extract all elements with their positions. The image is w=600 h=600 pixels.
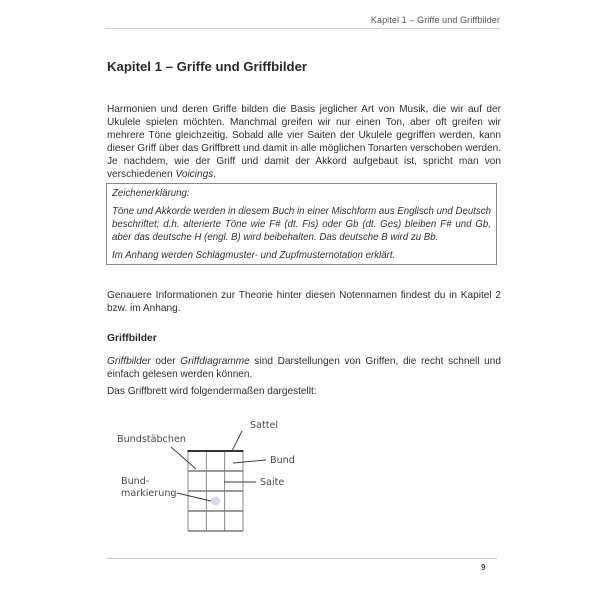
string-label: Saite	[260, 477, 284, 488]
nut-leader-line	[232, 431, 242, 451]
fret-wire-label: Bundstäbchen	[117, 434, 186, 445]
connector-text: oder	[151, 356, 180, 367]
section-title-griffbilder: Griffbilder	[107, 333, 157, 344]
fret-wire-leader-line	[171, 447, 196, 469]
marker-leader-line	[177, 493, 211, 501]
marker-label-line2: markierung	[121, 488, 177, 499]
fretboard-grid	[188, 451, 244, 531]
footer-rule	[107, 558, 497, 559]
intro-end: .	[213, 169, 216, 180]
intro-paragraph: Harmonien und deren Griffe bilden die Ba…	[107, 103, 501, 181]
term-griffdiagramme: Griffdiagramme	[180, 356, 250, 367]
chapter-title: Kapitel 1 – Griffe und Griffbilder	[107, 59, 307, 74]
fret-marker-dot	[211, 497, 220, 506]
legend-body: Töne und Akkorde werden in diesem Buch i…	[112, 205, 491, 244]
page-number: 9	[481, 563, 485, 572]
fret-leader-line	[233, 460, 266, 463]
marker-label-line1: Bund-	[121, 476, 149, 487]
header-rule	[105, 28, 500, 29]
legend-label: Zeichenerklärung:	[112, 187, 491, 200]
intro-text: Harmonien und deren Griffe bilden die Ba…	[107, 104, 501, 180]
fretboard-intro: Das Griffbrett wird folgendermaßen darge…	[107, 385, 501, 398]
term-griffbilder: Griffbilder	[107, 356, 151, 367]
griffbilder-paragraph: Griffbilder oder Griffdiagramme sind Dar…	[107, 355, 501, 381]
fret-label: Bund	[270, 455, 295, 466]
intro-emphasis: Voicings	[175, 169, 213, 180]
legend-appendix-note: Im Anhang werden Schlagmuster- und Zupfm…	[112, 249, 491, 262]
nut-label: Sattel	[250, 420, 278, 431]
legend-box: Zeichenerklärung: Töne und Akkorde werde…	[106, 183, 497, 265]
running-header: Kapitel 1 – Griffe und Griffbilder	[371, 15, 500, 25]
info-paragraph: Genauere Informationen zur Theorie hinte…	[107, 289, 501, 315]
